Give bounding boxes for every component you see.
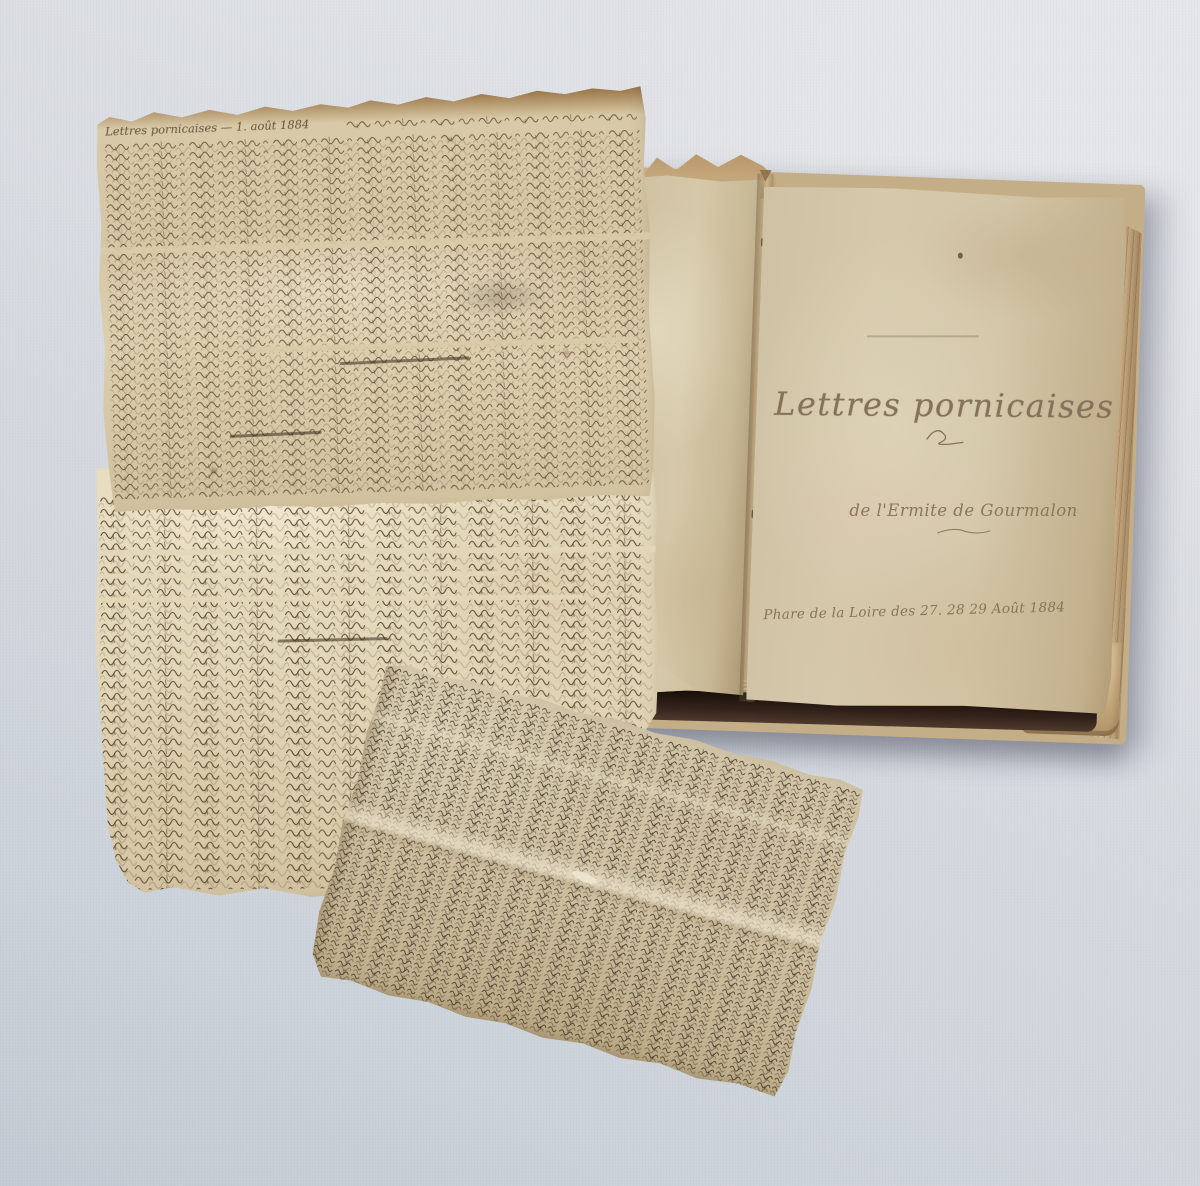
photo-scene: Lettres pornicaises — 1. août 1884 bbox=[0, 0, 1200, 1186]
manuscript-upper-leaf: Lettres pornicaises — 1. août 1884 bbox=[92, 84, 659, 515]
handwriting-texture bbox=[103, 127, 649, 500]
